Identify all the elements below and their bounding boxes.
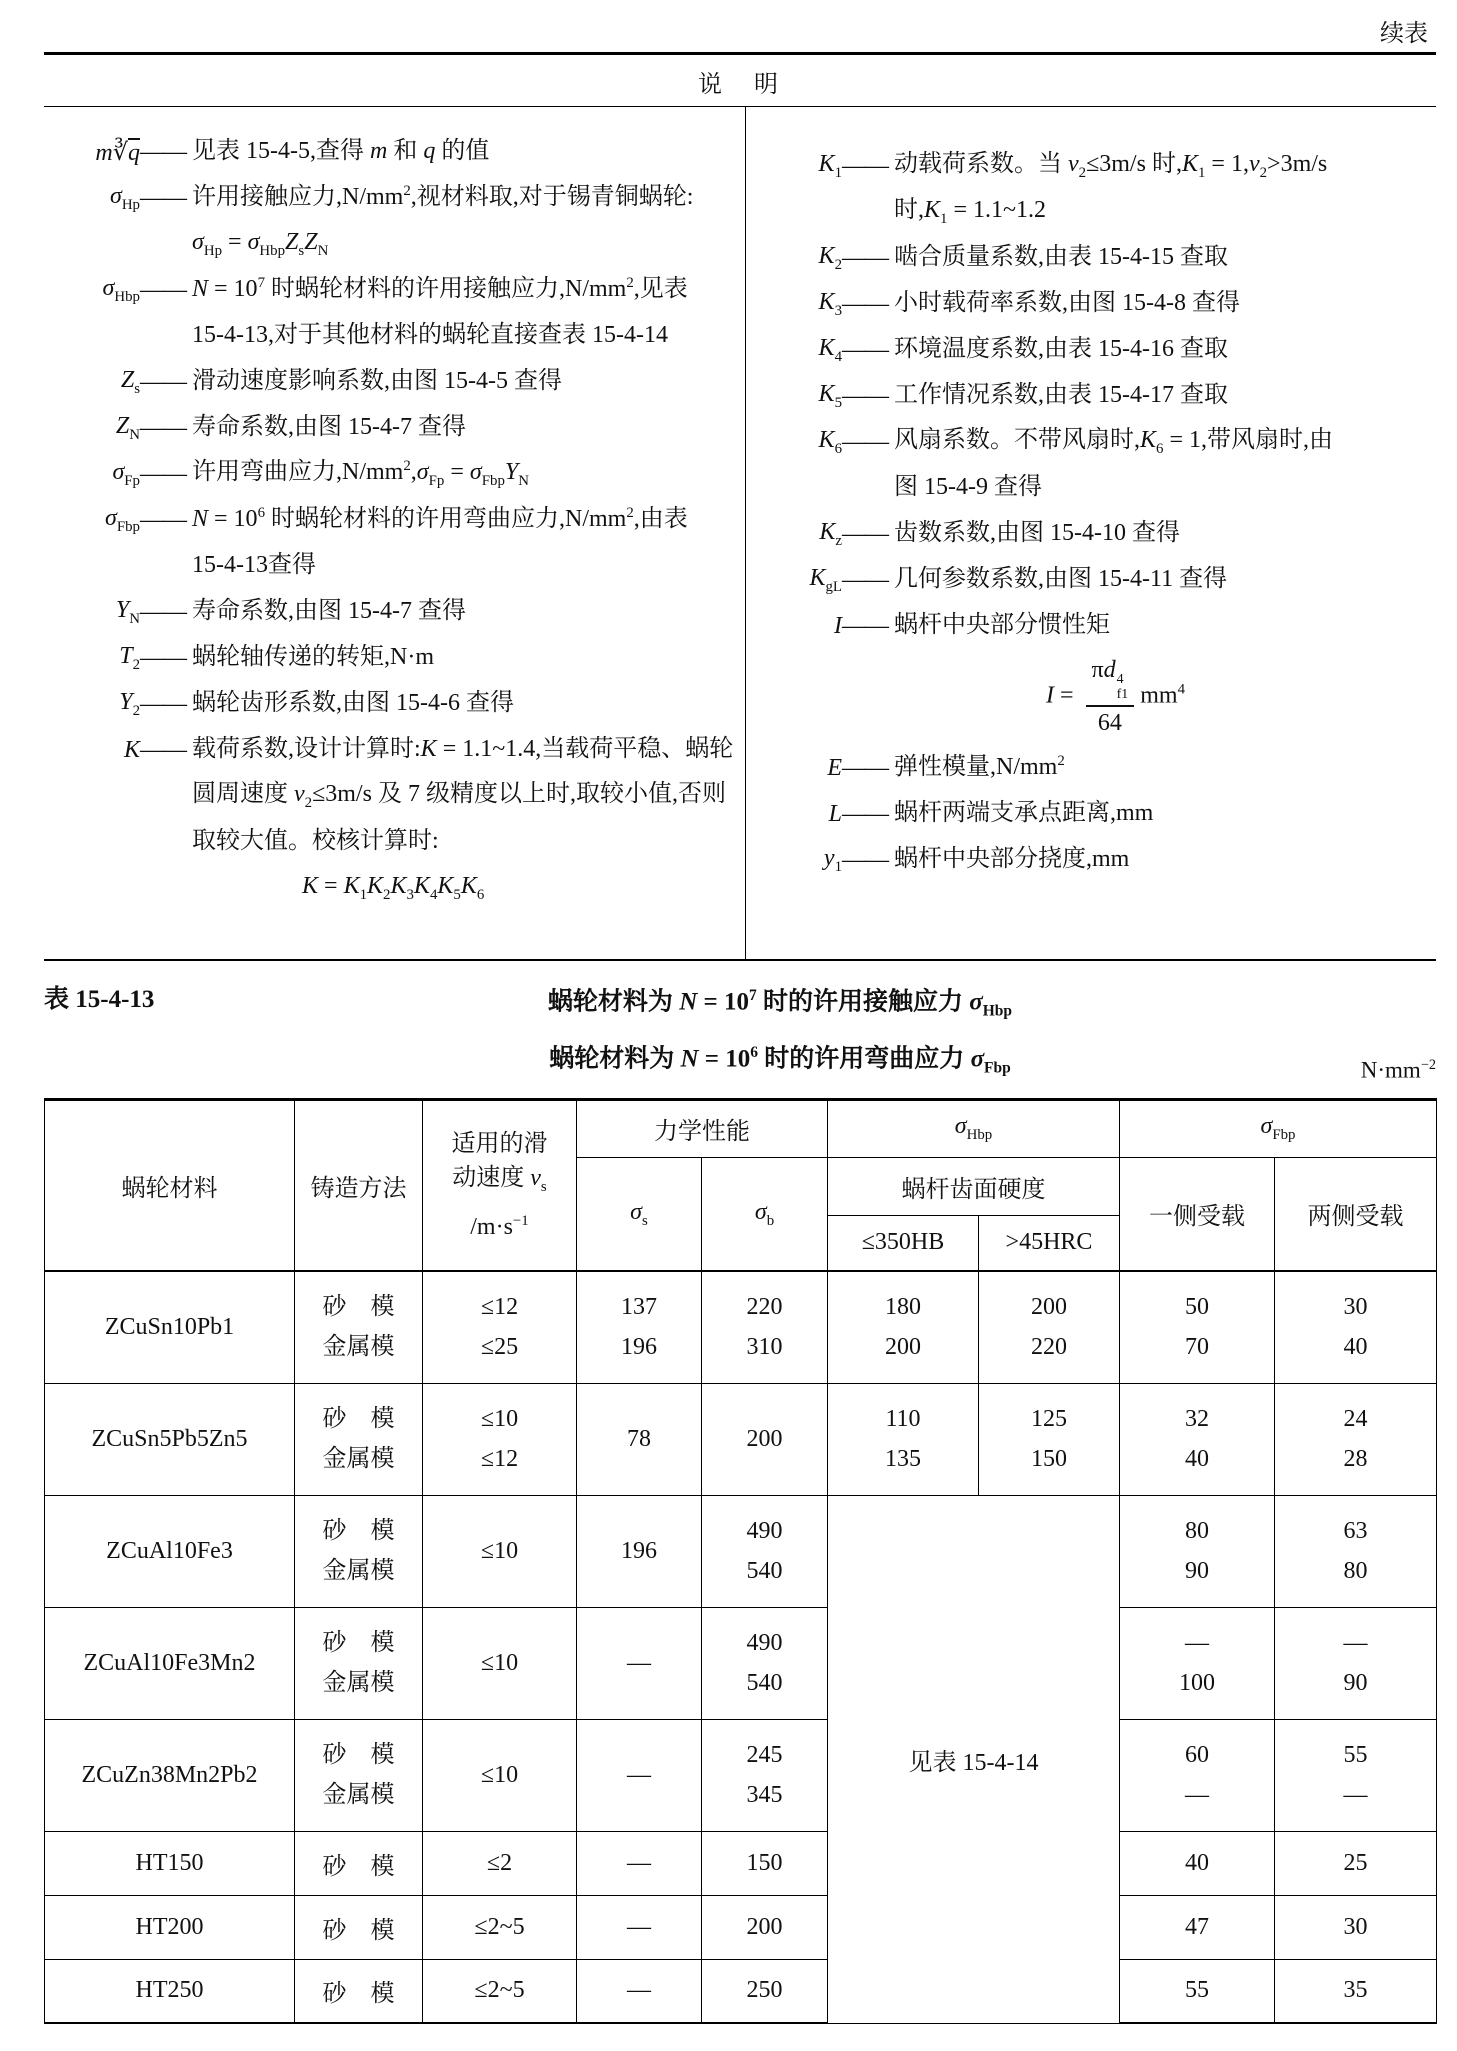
cell-sigma-s: 137196 xyxy=(577,1271,702,1383)
cell-casting: 砂 模 xyxy=(295,1959,423,2023)
col-header-sigma-s: σs xyxy=(577,1157,702,1271)
note-term: K6 xyxy=(746,427,842,458)
note-row: σHp = σHbpZsZN xyxy=(44,221,745,267)
explanation-right-column: K1 —— 动载荷系数。当 v2≤3m/s 时,K1 = 1,v2>3m/s 时… xyxy=(745,107,1436,959)
col-header-one-side: 一侧受载 xyxy=(1120,1157,1275,1271)
note-text: 寿命系数,由图 15-4-7 查得 xyxy=(192,596,745,627)
note-dash: —— xyxy=(140,277,192,304)
cell-hb: 180200 xyxy=(828,1271,979,1383)
note-term: E xyxy=(746,755,842,782)
note-term: K2 xyxy=(746,243,842,274)
note-dash: —— xyxy=(842,613,894,640)
note-dash: —— xyxy=(842,337,894,364)
note-dash: —— xyxy=(140,415,192,442)
cell-material: ZCuAl10Fe3 xyxy=(45,1495,295,1607)
note-dash: —— xyxy=(842,245,894,272)
cell-sigma-s: — xyxy=(577,1959,702,2023)
note-row: KgL —— 几何参数系数,由图 15-4-11 查得 xyxy=(746,557,1432,603)
cell-casting: 砂 模金属模 xyxy=(295,1383,423,1495)
note-dash: —— xyxy=(842,383,894,410)
note-dash: —— xyxy=(842,429,894,456)
note-row: K3 —— 小时载荷率系数,由图 15-4-8 查得 xyxy=(746,281,1432,327)
note-row: I —— 蜗杆中央部分惯性矩 xyxy=(746,603,1432,649)
note-text: 几何参数系数,由图 15-4-11 查得 xyxy=(894,564,1432,595)
note-row: T2 —— 蜗轮轴传递的转矩,N·m xyxy=(44,635,745,681)
note-text: K = K1K2K3K4K5K6 xyxy=(302,871,484,905)
cell-sigma-s: — xyxy=(577,1719,702,1831)
note-text: 载荷系数,设计计算时:K = 1.1~1.4,当载荷平稳、蜗轮 xyxy=(192,734,745,765)
table-row: HT200 砂 模 ≤2~5 — 200 47 30 xyxy=(45,1895,1437,1959)
note-text: 蜗轮齿形系数,由图 15-4-6 查得 xyxy=(192,688,745,719)
col-header-casting: 铸造方法 xyxy=(295,1099,423,1271)
note-row: σHbp —— N = 107 时蜗轮材料的许用接触应力,N/mm2,见表 xyxy=(44,267,745,313)
stress-table: 蜗轮材料 铸造方法 适用的滑动速度 vs/m·s−1 力学性能 σHbp σFb… xyxy=(44,1098,1437,2025)
note-term: T2 xyxy=(44,643,140,674)
note-row: K4 —— 环境温度系数,由表 15-4-16 查取 xyxy=(746,327,1432,373)
note-term: Zs xyxy=(44,367,140,398)
table-row: HT150 砂 模 ≤2 — 150 40 25 xyxy=(45,1831,1437,1895)
cell-speed: ≤10 xyxy=(423,1495,577,1607)
table-row: ZCuZn38Mn2Pb2 砂 模金属模 ≤10 — 245345 60— 55… xyxy=(45,1719,1437,1831)
cell-material: ZCuAl10Fe3Mn2 xyxy=(45,1607,295,1719)
note-text: 动载荷系数。当 v2≤3m/s 时,K1 = 1,v2>3m/s xyxy=(894,149,1432,183)
note-text: 环境温度系数,由表 15-4-16 查取 xyxy=(894,334,1432,365)
explanation-header: 说 明 xyxy=(44,55,1436,107)
note-dash: —— xyxy=(842,521,894,548)
table-row: ZCuSn10Pb1 砂 模金属模 ≤12≤25 137196 220310 1… xyxy=(45,1271,1437,1383)
cell-speed: ≤10≤12 xyxy=(423,1383,577,1495)
cell-material: HT150 xyxy=(45,1831,295,1895)
note-term: K xyxy=(44,737,140,764)
cell-material: HT250 xyxy=(45,1959,295,2023)
col-header-sigma-b: σb xyxy=(702,1157,828,1271)
note-term: σFp xyxy=(44,459,140,490)
note-row: 图 15-4-9 查得 xyxy=(746,465,1432,511)
note-text: 蜗杆中央部分挠度,mm xyxy=(894,844,1432,875)
note-term: ZN xyxy=(44,413,140,444)
note-text: 蜗杆两端支承点距离,mm xyxy=(894,798,1432,829)
explanation-columns: m∛q —— 见表 15-4-5,查得 m 和 q 的值 σHp —— 许用接触… xyxy=(44,107,1436,961)
cell-sigma-b: 200 xyxy=(702,1383,828,1495)
note-text: 弹性模量,N/mm2 xyxy=(894,752,1432,783)
cell-sigma-s: 196 xyxy=(577,1495,702,1607)
continued-table-label: 续表 xyxy=(44,16,1436,52)
note-dash: —— xyxy=(842,153,894,180)
note-text: 啮合质量系数,由表 15-4-15 查取 xyxy=(894,242,1432,273)
cell-one-side: 60— xyxy=(1120,1719,1275,1831)
note-row: σFp —— 许用弯曲应力,N/mm2,σFp = σFbpYN xyxy=(44,451,745,497)
table-row: ZCuSn5Pb5Zn5 砂 模金属模 ≤10≤12 78 200 110135… xyxy=(45,1383,1437,1495)
table-title: 蜗轮材料为 N = 107 时的许用接触应力 σHbp 蜗轮材料为 N = 10… xyxy=(299,975,1261,1090)
cell-casting: 砂 模金属模 xyxy=(295,1607,423,1719)
table-caption-block: 表 15-4-13 蜗轮材料为 N = 107 时的许用接触应力 σHbp 蜗轮… xyxy=(44,961,1436,1098)
explanation-section: 说 明 m∛q —— 见表 15-4-5,查得 m 和 q 的值 σHp —— … xyxy=(44,52,1436,961)
cell-speed: ≤12≤25 xyxy=(423,1271,577,1383)
handbook-page: 续表 说 明 m∛q —— 见表 15-4-5,查得 m 和 q 的值 σHp … xyxy=(0,0,1457,2051)
cell-speed: ≤2~5 xyxy=(423,1895,577,1959)
cell-casting: 砂 模金属模 xyxy=(295,1495,423,1607)
col-header-mechanical: 力学性能 xyxy=(577,1099,828,1157)
note-text: N = 107 时蜗轮材料的许用接触应力,N/mm2,见表 xyxy=(192,274,745,305)
cell-see-table-note: 见表 15-4-14 xyxy=(828,1495,1120,2023)
cell-two-side: 30 xyxy=(1275,1895,1437,1959)
note-row: σHp —— 许用接触应力,N/mm2,视材料取,对于锡青铜蜗轮: xyxy=(44,175,745,221)
note-text: 许用弯曲应力,N/mm2,σFp = σFbpYN xyxy=(192,457,745,491)
note-row: m∛q —— 见表 15-4-5,查得 m 和 q 的值 xyxy=(44,129,745,175)
note-row: E —— 弹性模量,N/mm2 xyxy=(746,745,1432,791)
note-term: σHp xyxy=(44,183,140,214)
cell-sigma-s: 78 xyxy=(577,1383,702,1495)
cell-sigma-b: 200 xyxy=(702,1895,828,1959)
cell-one-side: 55 xyxy=(1120,1959,1275,2023)
col-header-sigma-fbp: σFbp xyxy=(1120,1099,1437,1157)
note-row: y1 —— 蜗杆中央部分挠度,mm xyxy=(746,837,1432,883)
cell-sigma-s: — xyxy=(577,1607,702,1719)
note-term: L xyxy=(746,801,842,828)
cell-two-side: 6380 xyxy=(1275,1495,1437,1607)
note-dash: —— xyxy=(842,567,894,594)
cell-material: ZCuZn38Mn2Pb2 xyxy=(45,1719,295,1831)
note-text: 蜗轮轴传递的转矩,N·m xyxy=(192,642,745,673)
cell-casting: 砂 模 xyxy=(295,1831,423,1895)
cell-material: ZCuSn10Pb1 xyxy=(45,1271,295,1383)
col-header-material: 蜗轮材料 xyxy=(45,1099,295,1271)
note-text: 许用接触应力,N/mm2,视材料取,对于锡青铜蜗轮: xyxy=(192,182,745,213)
note-text: 蜗杆中央部分惯性矩 xyxy=(894,610,1432,641)
note-term: Kz xyxy=(746,519,842,550)
note-row: K —— 载荷系数,设计计算时:K = 1.1~1.4,当载荷平稳、蜗轮 xyxy=(44,727,745,773)
note-dash: —— xyxy=(842,801,894,828)
note-dash: —— xyxy=(140,185,192,212)
col-header-sigma-hbp: σHbp xyxy=(828,1099,1120,1157)
note-text: 15-4-13查得 xyxy=(192,550,745,581)
note-text: 工作情况系数,由表 15-4-17 查取 xyxy=(894,380,1432,411)
unit-label: N·mm−2 xyxy=(1261,1057,1436,1090)
note-term: KgL xyxy=(746,565,842,596)
note-term: σFbp xyxy=(44,505,140,536)
note-text: 15-4-13,对于其他材料的蜗轮直接查表 15-4-14 xyxy=(192,320,745,351)
note-row: 时,K1 = 1.1~1.2 xyxy=(746,189,1432,235)
table-row: ZCuAl10Fe3Mn2 砂 模金属模 ≤10 — 490540 —100 —… xyxy=(45,1607,1437,1719)
note-row: K = K1K2K3K4K5K6 xyxy=(44,865,745,911)
cell-one-side: 3240 xyxy=(1120,1383,1275,1495)
note-term: K4 xyxy=(746,335,842,366)
cell-one-side: 47 xyxy=(1120,1895,1275,1959)
cell-two-side: 25 xyxy=(1275,1831,1437,1895)
cell-casting: 砂 模金属模 xyxy=(295,1719,423,1831)
cell-sigma-b: 245345 xyxy=(702,1719,828,1831)
note-text: σHp = σHbpZsZN xyxy=(192,227,328,261)
cell-casting: 砂 模金属模 xyxy=(295,1271,423,1383)
col-header-350hb: ≤350HB xyxy=(828,1215,979,1271)
note-dash: —— xyxy=(140,737,192,764)
explanation-left-column: m∛q —— 见表 15-4-5,查得 m 和 q 的值 σHp —— 许用接触… xyxy=(44,107,745,959)
cell-sigma-b: 490540 xyxy=(702,1495,828,1607)
cell-sigma-b: 150 xyxy=(702,1831,828,1895)
cell-speed: ≤2~5 xyxy=(423,1959,577,2023)
cell-material: ZCuSn5Pb5Zn5 xyxy=(45,1383,295,1495)
cell-sigma-b: 490540 xyxy=(702,1607,828,1719)
note-text: 小时载荷率系数,由图 15-4-8 查得 xyxy=(894,288,1432,319)
table-row: HT250 砂 模 ≤2~5 — 250 55 35 xyxy=(45,1959,1437,2023)
note-dash: —— xyxy=(140,691,192,718)
cell-two-side: 35 xyxy=(1275,1959,1437,2023)
table-title-line1: 蜗轮材料为 N = 107 时的许用接触应力 σHbp xyxy=(299,975,1261,1032)
table-number: 表 15-4-13 xyxy=(44,975,299,1015)
note-row: Y2 —— 蜗轮齿形系数,由图 15-4-6 查得 xyxy=(44,681,745,727)
cell-hrc: 125150 xyxy=(979,1383,1120,1495)
note-row: Zs —— 滑动速度影响系数,由图 15-4-5 查得 xyxy=(44,359,745,405)
cell-hb: 110135 xyxy=(828,1383,979,1495)
cell-one-side: —100 xyxy=(1120,1607,1275,1719)
cell-hrc: 200220 xyxy=(979,1271,1120,1383)
cell-sigma-s: — xyxy=(577,1895,702,1959)
cell-casting: 砂 模 xyxy=(295,1895,423,1959)
note-text: N = 106 时蜗轮材料的许用弯曲应力,N/mm2,由表 xyxy=(192,504,745,535)
note-text: 寿命系数,由图 15-4-7 查得 xyxy=(192,412,745,443)
note-row: K2 —— 啮合质量系数,由表 15-4-15 查取 xyxy=(746,235,1432,281)
note-dash: —— xyxy=(140,369,192,396)
note-term: m∛q xyxy=(44,138,140,167)
col-header-hardness: 蜗杆齿面硬度 xyxy=(828,1157,1120,1215)
cell-speed: ≤10 xyxy=(423,1607,577,1719)
col-header-45hrc: >45HRC xyxy=(979,1215,1120,1271)
cell-sigma-s: — xyxy=(577,1831,702,1895)
note-row: K6 —— 风扇系数。不带风扇时,K6 = 1,带风扇时,由 xyxy=(746,419,1432,465)
note-dash: —— xyxy=(140,139,192,166)
note-row: 15-4-13,对于其他材料的蜗轮直接查表 15-4-14 xyxy=(44,313,745,359)
note-text: 齿数系数,由图 15-4-10 查得 xyxy=(894,518,1432,549)
cell-material: HT200 xyxy=(45,1895,295,1959)
cell-speed: ≤2 xyxy=(423,1831,577,1895)
note-dash: —— xyxy=(140,599,192,626)
note-dash: —— xyxy=(140,461,192,488)
note-dash: —— xyxy=(842,847,894,874)
note-text: 时,K1 = 1.1~1.2 xyxy=(894,195,1432,229)
note-term: I xyxy=(746,613,842,640)
note-dash: —— xyxy=(842,755,894,782)
note-dash: —— xyxy=(140,645,192,672)
note-text: 圆周速度 v2≤3m/s 及 7 级精度以上时,取较小值,否则 xyxy=(192,779,745,813)
note-text: I = πd4f164mm4 xyxy=(1046,655,1185,739)
table-title-line2: 蜗轮材料为 N = 106 时的许用弯曲应力 σFbp xyxy=(299,1032,1261,1089)
note-term: K5 xyxy=(746,381,842,412)
cell-one-side: 8090 xyxy=(1120,1495,1275,1607)
cell-sigma-b: 250 xyxy=(702,1959,828,2023)
cell-one-side: 5070 xyxy=(1120,1271,1275,1383)
note-text: 见表 15-4-5,查得 m 和 q 的值 xyxy=(192,136,745,167)
note-row: K1 —— 动载荷系数。当 v2≤3m/s 时,K1 = 1,v2>3m/s xyxy=(746,143,1432,189)
table-row: ZCuAl10Fe3 砂 模金属模 ≤10 196 490540 见表 15-4… xyxy=(45,1495,1437,1607)
cell-sigma-b: 220310 xyxy=(702,1271,828,1383)
note-text: 图 15-4-9 查得 xyxy=(894,472,1432,503)
note-row: σFbp —— N = 106 时蜗轮材料的许用弯曲应力,N/mm2,由表 xyxy=(44,497,745,543)
note-row: 取较大值。校核计算时: xyxy=(44,819,745,865)
note-row: Kz —— 齿数系数,由图 15-4-10 查得 xyxy=(746,511,1432,557)
note-term: YN xyxy=(44,597,140,628)
note-term: y1 xyxy=(746,845,842,876)
note-text: 取较大值。校核计算时: xyxy=(192,826,745,857)
note-row: K5 —— 工作情况系数,由表 15-4-17 查取 xyxy=(746,373,1432,419)
cell-speed: ≤10 xyxy=(423,1719,577,1831)
note-text: 风扇系数。不带风扇时,K6 = 1,带风扇时,由 xyxy=(894,425,1432,459)
cell-two-side: 2428 xyxy=(1275,1383,1437,1495)
col-header-sliding-speed: 适用的滑动速度 vs/m·s−1 xyxy=(423,1099,577,1271)
note-term: σHbp xyxy=(44,275,140,306)
note-row: I = πd4f164mm4 xyxy=(746,649,1432,745)
note-dash: —— xyxy=(140,507,192,534)
col-header-two-side: 两侧受载 xyxy=(1275,1157,1437,1271)
note-term: Y2 xyxy=(44,689,140,720)
note-row: L —— 蜗杆两端支承点距离,mm xyxy=(746,791,1432,837)
note-term: K1 xyxy=(746,151,842,182)
note-dash: —— xyxy=(842,291,894,318)
cell-two-side: 55— xyxy=(1275,1719,1437,1831)
cell-two-side: —90 xyxy=(1275,1607,1437,1719)
note-row: YN —— 寿命系数,由图 15-4-7 查得 xyxy=(44,589,745,635)
cell-one-side: 40 xyxy=(1120,1831,1275,1895)
note-row: 15-4-13查得 xyxy=(44,543,745,589)
note-row: ZN —— 寿命系数,由图 15-4-7 查得 xyxy=(44,405,745,451)
note-row: 圆周速度 v2≤3m/s 及 7 级精度以上时,取较小值,否则 xyxy=(44,773,745,819)
note-term: K3 xyxy=(746,289,842,320)
cell-two-side: 3040 xyxy=(1275,1271,1437,1383)
note-text: 滑动速度影响系数,由图 15-4-5 查得 xyxy=(192,366,745,397)
